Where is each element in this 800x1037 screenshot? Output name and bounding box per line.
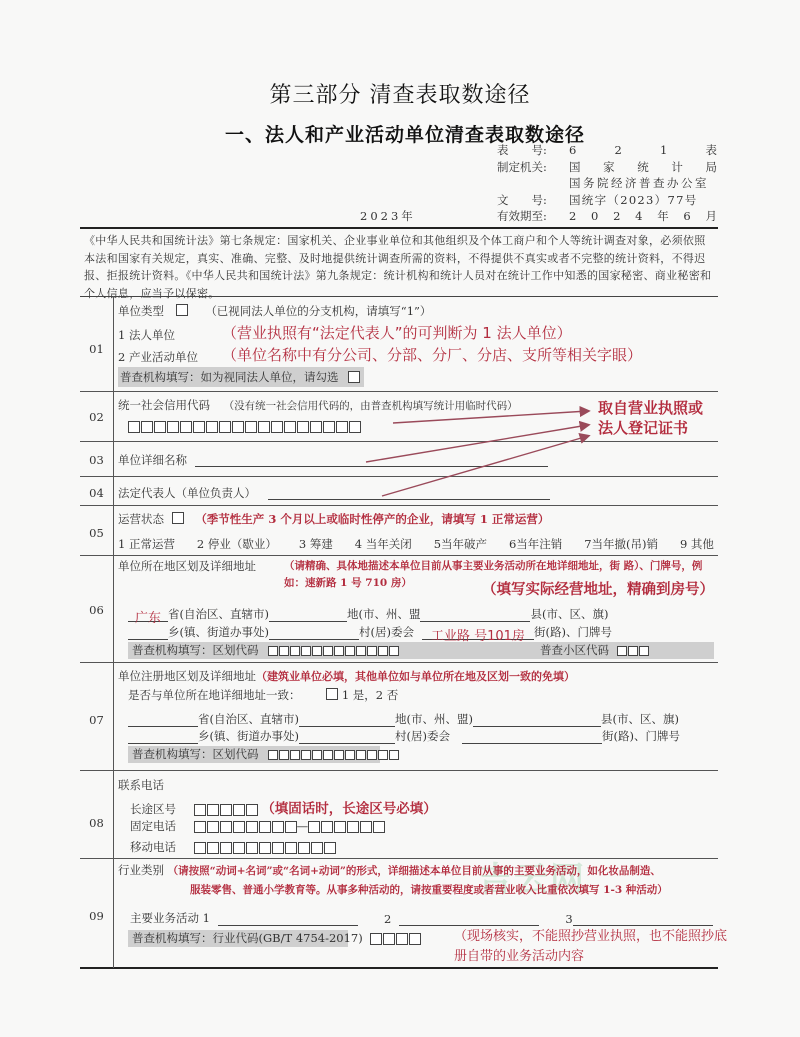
char-box[interactable] bbox=[356, 646, 366, 656]
industry-code-input[interactable] bbox=[370, 933, 421, 945]
town-input[interactable] bbox=[128, 627, 168, 640]
char-box[interactable] bbox=[347, 821, 359, 833]
char-box[interactable] bbox=[389, 750, 399, 760]
mobile-input[interactable] bbox=[194, 842, 336, 854]
activity-1-input[interactable] bbox=[218, 913, 358, 926]
char-box[interactable] bbox=[268, 646, 278, 656]
reg-address-line-1: 省(自治区、直辖市) 地(市、州、盟) 县(市、区、旗) bbox=[128, 711, 679, 727]
char-box[interactable] bbox=[311, 842, 323, 854]
reg-village-input[interactable] bbox=[299, 731, 395, 744]
char-box[interactable] bbox=[279, 750, 289, 760]
char-box[interactable] bbox=[308, 821, 320, 833]
char-box[interactable] bbox=[290, 750, 300, 760]
reg-town-input[interactable] bbox=[128, 731, 198, 744]
char-box[interactable] bbox=[298, 842, 310, 854]
char-box[interactable] bbox=[383, 933, 395, 945]
char-box[interactable] bbox=[323, 646, 333, 656]
province-input[interactable]: 广东 bbox=[128, 607, 168, 622]
char-box[interactable] bbox=[367, 750, 377, 760]
char-box[interactable] bbox=[220, 842, 232, 854]
char-box[interactable] bbox=[617, 646, 627, 656]
char-box[interactable] bbox=[246, 821, 258, 833]
char-box[interactable] bbox=[321, 821, 333, 833]
char-box[interactable] bbox=[360, 821, 372, 833]
char-box[interactable] bbox=[409, 933, 421, 945]
char-box[interactable] bbox=[272, 842, 284, 854]
same-address-checkbox[interactable] bbox=[326, 688, 338, 700]
row-number-05: 05 bbox=[80, 526, 113, 540]
census-fill-06: 普查机构填写：区划代码 普查小区代码 bbox=[128, 642, 714, 659]
char-box[interactable] bbox=[194, 821, 206, 833]
char-box[interactable] bbox=[389, 646, 399, 656]
operating-status-checkbox[interactable] bbox=[172, 512, 184, 524]
reg-province-input[interactable] bbox=[128, 714, 198, 727]
activity-annotation: （现场核实，不能照抄营业执照，也不能照抄底 册自带的业务活动内容 bbox=[454, 927, 727, 967]
reg-address-line-2: 乡(镇、街道办事处) 村(居)委会 街(路)、门牌号 bbox=[128, 728, 680, 744]
char-box[interactable] bbox=[285, 842, 297, 854]
char-box[interactable] bbox=[324, 842, 336, 854]
char-box[interactable] bbox=[312, 646, 322, 656]
char-box[interactable] bbox=[233, 804, 245, 816]
char-box[interactable] bbox=[334, 821, 346, 833]
row-number-09: 09 bbox=[80, 909, 113, 923]
char-box[interactable] bbox=[207, 842, 219, 854]
reg-division-code-input[interactable] bbox=[268, 750, 399, 760]
community-code-input[interactable] bbox=[617, 646, 649, 656]
char-box[interactable] bbox=[220, 821, 232, 833]
village-input[interactable] bbox=[269, 627, 359, 640]
reg-street-input[interactable] bbox=[462, 731, 602, 744]
operating-status-options: 1 正常运营 2 停业（歇业） 3 筹建 4 当年关闭 5当年破产 6当年注销 … bbox=[118, 536, 714, 552]
street-input[interactable]: 工业路 号101房 bbox=[422, 625, 534, 640]
char-box[interactable] bbox=[207, 804, 219, 816]
char-box[interactable] bbox=[639, 646, 649, 656]
phone-label: 联系电话 bbox=[118, 777, 164, 793]
row-number-08: 08 bbox=[80, 816, 113, 830]
char-box[interactable] bbox=[233, 842, 245, 854]
char-box[interactable] bbox=[628, 646, 638, 656]
char-box[interactable] bbox=[207, 821, 219, 833]
char-box[interactable] bbox=[246, 842, 258, 854]
char-box[interactable] bbox=[279, 646, 289, 656]
city-input[interactable] bbox=[269, 609, 347, 622]
registered-address-label: 单位注册地区划及详细地址 bbox=[118, 669, 256, 683]
row-number-06: 06 bbox=[80, 603, 113, 617]
county-input[interactable] bbox=[420, 609, 530, 622]
char-box[interactable] bbox=[246, 804, 258, 816]
address-line-2: 乡(镇、街道办事处) 村(居)委会 工业路 号101房 街(路)、门牌号 bbox=[128, 624, 612, 640]
char-box[interactable] bbox=[334, 750, 344, 760]
activity-2-input[interactable] bbox=[399, 913, 539, 926]
char-box[interactable] bbox=[220, 804, 232, 816]
char-box[interactable] bbox=[378, 646, 388, 656]
char-box[interactable] bbox=[259, 842, 271, 854]
address-line-1: 广东 省(自治区、直辖市) 地(市、州、盟 县(市、区、旗) bbox=[128, 606, 608, 622]
char-box[interactable] bbox=[290, 646, 300, 656]
char-box[interactable] bbox=[268, 750, 278, 760]
reg-city-input[interactable] bbox=[299, 714, 395, 727]
char-box[interactable] bbox=[233, 821, 245, 833]
landline-input[interactable] bbox=[194, 821, 297, 833]
char-box[interactable] bbox=[194, 804, 206, 816]
char-box[interactable] bbox=[285, 821, 297, 833]
operating-status-label: 运营状态 bbox=[118, 512, 164, 526]
location-address-label: 单位所在地区划及详细地址 bbox=[118, 558, 256, 574]
char-box[interactable] bbox=[370, 933, 382, 945]
census-fill-07: 普查机构填写：区划代码 bbox=[128, 746, 380, 763]
source-annotation: 取自营业执照或 法人登记证书 bbox=[598, 398, 703, 438]
census-fill-09: 普查机构填写：行业代码(GB/T 4754-2017) bbox=[128, 930, 348, 947]
reg-county-input[interactable] bbox=[473, 714, 601, 727]
char-box[interactable] bbox=[345, 750, 355, 760]
char-box[interactable] bbox=[301, 750, 311, 760]
char-box[interactable] bbox=[345, 646, 355, 656]
char-box[interactable] bbox=[301, 646, 311, 656]
char-box[interactable] bbox=[378, 750, 388, 760]
char-box[interactable] bbox=[259, 821, 271, 833]
char-box[interactable] bbox=[312, 750, 322, 760]
char-box[interactable] bbox=[272, 821, 284, 833]
division-code-input[interactable] bbox=[268, 646, 399, 656]
char-box[interactable] bbox=[323, 750, 333, 760]
char-box[interactable] bbox=[334, 646, 344, 656]
char-box[interactable] bbox=[194, 842, 206, 854]
main-activity-row: 主要业务活动 1 2 3 bbox=[130, 910, 713, 926]
row-number-07: 07 bbox=[80, 713, 113, 727]
industry-label: 行业类别 bbox=[118, 863, 164, 877]
area-code-input[interactable] bbox=[194, 804, 258, 816]
char-box[interactable] bbox=[396, 933, 408, 945]
char-box[interactable] bbox=[356, 750, 366, 760]
char-box[interactable] bbox=[373, 821, 385, 833]
landline-ext-input[interactable] bbox=[308, 821, 385, 833]
char-box[interactable] bbox=[367, 646, 377, 656]
activity-3-input[interactable] bbox=[573, 913, 713, 926]
actual-address-annotation: （填写实际经营地址，精确到房号） bbox=[482, 578, 714, 599]
